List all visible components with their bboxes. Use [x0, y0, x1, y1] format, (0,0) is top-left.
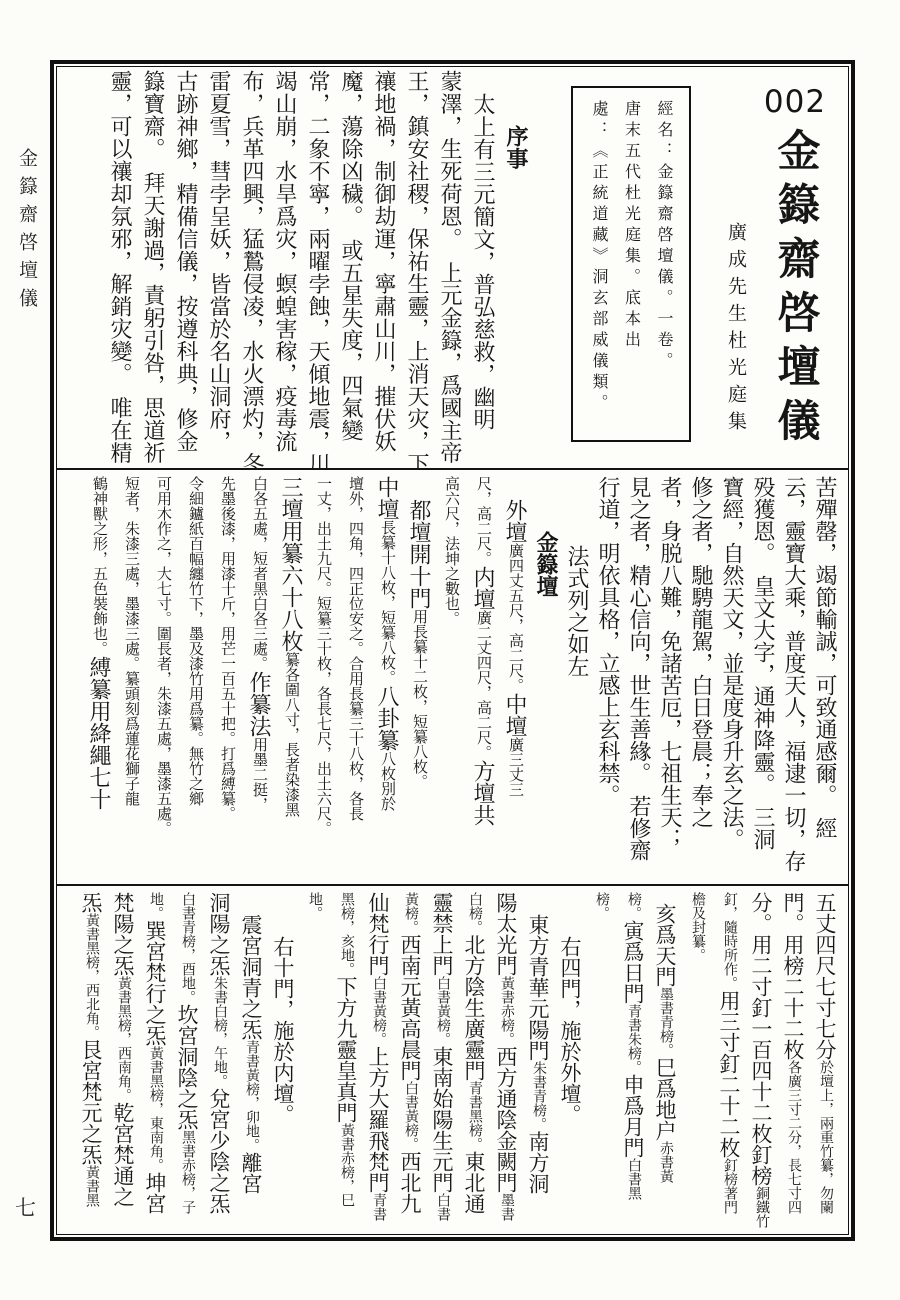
- text-segment: 寅爲日門: [621, 920, 645, 1004]
- text-column: 可用木作之，大七寸。圍長者，朱漆五處，墨漆五處。: [147, 476, 179, 836]
- title-column: 002 金籙齋啓壇儀: [749, 70, 841, 452]
- text-segment: 東南始陽生元門: [430, 1046, 454, 1193]
- annotation-segment: 白書青榜，酉地。: [180, 892, 195, 1004]
- text-segment: 魔，蕩除凶穢。 或五星失度，四氣變: [339, 70, 364, 442]
- annotation-segment: 壇外，四角，四正位安之。合用長纂三十八枚，各長: [347, 476, 363, 821]
- text-segment: 云，靈寶大乘，普度天人，福逮一切，存: [782, 476, 807, 872]
- text-column: 殁獲恩。 皇文大字，通神降靈。 三洞: [748, 476, 779, 850]
- text-segment: 申爲月門: [621, 1074, 645, 1158]
- text-segment: 修之者，馳騁龍駕，白日登晨；奉之: [689, 476, 714, 828]
- annotation-segment: 榜。: [626, 892, 641, 920]
- text-column: 靈禁上門白書黃榜。東南始陽生元門白書: [426, 892, 458, 1221]
- annotation-segment: 各廣三寸二分，長七寸四: [786, 1060, 801, 1214]
- text-segment: 常，二象不寧，兩曜孛蝕，天傾地震，川: [306, 70, 331, 468]
- text-column: 分。用二寸釘一百四十二枚釘榜銅鐵竹: [745, 892, 777, 1228]
- annotation-segment: 赤書黃: [658, 1141, 673, 1183]
- annotation-segment: 黃榜。: [403, 892, 418, 934]
- annotation-segment: 青書朱榜。: [626, 1004, 641, 1074]
- text-segment: 見之者，精心信向，世生善緣。 若修齋: [627, 476, 652, 861]
- preface-text: 序事太上有三元簡文，普弘慈救，幽明蒙澤，生死荷恩。 上元金籙，爲國主帝王，鎮安社…: [104, 70, 533, 466]
- text-segment: 蒙澤，生死荷恩。 上元金籙，爲國主帝: [438, 70, 463, 464]
- text-segment: 殁獲恩。 皇文大字，通神降靈。 三洞: [751, 476, 776, 850]
- text-column: 靈，可以禳却氛邪，解銷灾變。 唯在精: [104, 70, 137, 464]
- text-segment: 中壇: [375, 476, 400, 520]
- annotation-segment: 廣二丈四尺，高二尺。: [475, 610, 491, 760]
- annotation-segment: 一丈，出土九尺。短纂三十枚，各長七尺，出土六尺。: [315, 476, 331, 836]
- text-column: 禳地禍，制御劫運，寧肅山川，摧伏妖: [368, 70, 401, 453]
- text-segment: 炁: [79, 892, 103, 913]
- annotation-segment: 黃書黑榜，西南角。: [116, 976, 131, 1102]
- text-segment: 行道，明依具格，立感上玄科禁。: [596, 476, 621, 806]
- text-column: 見之者，精心信向，世生善緣。 若修齋: [624, 476, 655, 861]
- text-column: 古跡神鄉，精備信儀，按遵科典，修金: [170, 70, 203, 453]
- annotation-segment: 令細鑪紙百幅纏竹下，墨及漆竹用爲纂。無竹之鄉: [187, 476, 203, 806]
- margin-title: 金籙齋啓壇儀: [13, 148, 40, 316]
- annotation-segment: 纂各圍八寸，長者染漆黑: [283, 652, 299, 817]
- text-segment: 者，身脱八難，免諸苦厄，七祖生天；: [658, 476, 683, 850]
- text-segment: 苦殫罄，竭節輸誠，可致通感爾。 經: [813, 476, 838, 839]
- text-segment: 中壇: [503, 693, 528, 737]
- text-column: 云，靈寶大乘，普度天人，福逮一切，存: [779, 476, 810, 872]
- text-segment: 籙寶齋。 拜天謝過，責躬引咎，思道祈: [141, 70, 166, 464]
- text-segment: 亥爲天門: [653, 903, 677, 987]
- annotation-segment: 白書黑: [626, 1158, 641, 1200]
- text-segment: 縛纂用絳繩七十: [87, 656, 112, 810]
- text-segment: 梵陽之炁: [111, 892, 135, 976]
- annotation-segment: 白榜。: [467, 892, 482, 934]
- annotation-segment: 青書黑榜。: [467, 1081, 482, 1151]
- text-segment: 古跡神鄉，精備信儀，按遵科典，修金: [174, 70, 199, 453]
- text-column: 震宮洞青之炁青書黃榜，卯地。離宮: [235, 892, 267, 1194]
- annotation-segment: 八枚別於: [379, 751, 395, 811]
- text-segment: 都壇開十門: [407, 499, 432, 609]
- annotation-segment: 榜。: [594, 892, 609, 920]
- text-column: 經名：金籙齋啓壇儀。一卷。: [648, 100, 679, 428]
- annotation-segment: 黃書黑榜，東南角。: [148, 1046, 163, 1172]
- text-column: 洞陽之炁朱書白榜，午地。兌宮少陰之炁: [203, 892, 235, 1214]
- text-column: 東方青華元陽門朱書青榜。南方洞: [522, 892, 554, 1194]
- annotation-segment: 黃書赤榜，巳: [339, 1123, 354, 1207]
- text-segment: 巽宮梵行之炁: [143, 920, 167, 1046]
- annotation-segment: 黃書黑榜，西北角。: [84, 913, 99, 1039]
- text-column: 者，身脱八難，免諸苦厄，七祖生天；: [655, 476, 686, 850]
- text-segment: 巳爲地户: [653, 1057, 677, 1141]
- text-column: 金籙壇: [531, 476, 562, 597]
- text-column: 令細鑪紙百幅纏竹下，墨及漆竹用爲纂。無竹之鄉: [179, 476, 211, 806]
- text-column: 法式列之如左: [562, 476, 593, 677]
- text-column: 白書青榜，酉地。坎宮洞陰之炁黑書赤榜，子: [171, 892, 203, 1214]
- text-column: 處：《正統道藏》洞玄部威儀類。: [583, 100, 614, 428]
- text-segment: 東北通: [462, 1151, 486, 1214]
- annotation-segment: 白各五處，短者黑白各三處。: [251, 476, 267, 671]
- text-column: 行道，明依具格，立感上玄科禁。: [593, 476, 624, 806]
- text-segment: 洞陽之炁: [207, 892, 231, 976]
- text-segment: 震宮洞青之炁: [239, 914, 263, 1040]
- text-column: 高六尺，法坤之數也。: [435, 476, 467, 626]
- text-column: 炁黃書黑榜，西北角。艮宮梵元之炁黃書黑: [75, 892, 107, 1207]
- text-column: 常，二象不寧，兩曜孛蝕，天傾地震，川: [302, 70, 335, 468]
- text-segment: 禳地禍，制御劫運，寧肅山川，摧伏妖: [372, 70, 397, 453]
- text-column: 仙梵行門白書黃榜。上方大羅飛梵門青書: [362, 892, 394, 1221]
- section-altar: 苦殫罄，竭節輸誠，可致通感爾。 經云，靈寶大乘，普度天人，福逮一切，存殁獲恩。 …: [54, 470, 851, 884]
- text-column: 地。: [298, 892, 330, 920]
- text-column: 梵陽之炁黃書黑榜，西南角。乾宮梵通之: [107, 892, 139, 1207]
- text-segment: 五丈四尺七寸七分: [813, 892, 837, 1060]
- text-segment: 坤宮: [143, 1172, 167, 1214]
- title-block: 002 金籙齋啓壇儀 廣成先生杜光庭集 經名：金籙齋啓壇儀。一卷。唐末五代杜光庭…: [541, 70, 841, 466]
- main-title: 金籙齋啓壇儀: [765, 128, 826, 452]
- annotation-segment: 朱書白榜，午地。: [212, 976, 227, 1088]
- text-column: 一丈，出土九尺。短纂三十枚，各長七尺，出土六尺。: [307, 476, 339, 836]
- annotation-segment: 先墨後漆，用漆十斤，用芒一百五十把。打爲縛纂。: [219, 476, 235, 821]
- text-column: 白榜。北方陰生廣靈門青書黑榜。東北通: [458, 892, 490, 1214]
- text-column: 右十門，施於内壇。: [267, 892, 298, 1125]
- author-line: 廣成先生杜光庭集: [705, 70, 749, 438]
- text-column: 榜。寅爲日門青書朱榜。申爲月門白書黑: [617, 892, 649, 1200]
- annotation-segment: 釘，隨時所作。: [722, 892, 737, 990]
- annotation-segment: 鶴神獸之形，五色裝飾也。: [91, 476, 107, 656]
- text-column: 外壇廣四丈五尺，高二尺。中壇廣三丈三: [499, 476, 531, 797]
- annotation-segment: 黃書赤榜。: [499, 976, 514, 1046]
- annotation-segment: 於壇上，兩重竹纂，勿闌: [818, 1060, 833, 1214]
- text-column: 序事: [500, 70, 533, 170]
- text-segment: 布，兵革四興，猛鷙侵凌，水火漂灼，冬: [240, 70, 265, 468]
- text-segment: 太上有三元簡文，普弘慈救，幽明: [471, 93, 496, 431]
- annotation-segment: 墨書: [499, 1193, 514, 1221]
- text-segment: 離宮: [239, 1152, 263, 1194]
- text-segment: 王，鎮安社稷，保祐生靈，上消天灾，下: [405, 70, 430, 468]
- text-column: 尺，高二尺。内壇廣二丈四尺，高二尺。方壇共: [467, 476, 499, 826]
- text-segment: 用三寸釘二十二枚: [717, 990, 741, 1158]
- text-segment: 靈禁上門: [430, 892, 454, 976]
- text-segment: 右十門，施於内壇。: [271, 936, 295, 1125]
- page-number: 七: [15, 1192, 36, 1222]
- text-segment: 西北九: [398, 1151, 422, 1214]
- section-preface: 002 金籙齋啓壇儀 廣成先生杜光庭集 經名：金籙齋啓壇儀。一卷。唐末五代杜光庭…: [54, 64, 851, 468]
- text-segment: 西方通陰金闕門: [494, 1046, 518, 1193]
- text-segment: 分。用二寸釘一百四十二枚釘榜: [749, 892, 773, 1186]
- annotation-segment: 廣四丈五尺，高二尺。: [507, 543, 523, 693]
- text-column: 先墨後漆，用漆十斤，用芒一百五十把。打爲縛纂。: [211, 476, 243, 821]
- text-segment: 兌宮少陰之炁: [207, 1088, 231, 1214]
- annotation-segment: 青書黃榜，卯地。: [244, 1040, 259, 1152]
- text-column: 三壇用纂六十八枚纂各圍八寸，長者染漆黑: [275, 476, 307, 817]
- text-segment: 外壇: [503, 499, 528, 543]
- annotation-segment: 黑書赤榜，子: [180, 1130, 195, 1214]
- text-column: 亥爲天門墨書青榜。巳爲地户赤書黃: [649, 892, 681, 1183]
- text-segment: 門。用榜二十二枚: [781, 892, 805, 1060]
- text-column: 苦殫罄，竭節輸誠，可致通感爾。 經: [810, 476, 841, 839]
- text-column: 地。巽宮梵行之炁黃書黑榜，東南角。坤宮: [139, 892, 171, 1214]
- text-segment: 三壇用纂六十八枚: [279, 476, 304, 652]
- annotation-segment: 廣三丈三: [507, 737, 523, 797]
- annotation-segment: 黑榜，亥地。: [339, 892, 354, 976]
- annotation-segment: 尺，高二尺。: [475, 476, 491, 566]
- text-segment: 西南元黃高晨門: [398, 934, 422, 1081]
- text-segment: 靈，可以禳却氛邪，解銷灾變。 唯在精: [108, 70, 133, 464]
- text-segment: 八卦纂: [375, 685, 400, 751]
- text-column: 短者，朱漆三處，墨漆三處。纂頭刻爲蓮花獅子龍: [115, 476, 147, 806]
- text-column: 壇外，四角，四正位安之。合用長纂三十八枚，各長: [339, 476, 371, 821]
- text-segment: 法式列之如左: [565, 545, 590, 677]
- annotation-segment: 墨書青榜。: [658, 987, 673, 1057]
- text-segment: 東方青華元陽門: [526, 914, 550, 1061]
- text-column: 門。用榜二十二枚各廣三寸二分，長七寸四: [777, 892, 809, 1214]
- text-column: 布，兵革四興，猛鷙侵凌，水火漂灼，冬: [236, 70, 269, 468]
- altar-text: 苦殫罄，竭節輸誠，可致通感爾。 經云，靈寶大乘，普度天人，福逮一切，存殁獲恩。 …: [83, 476, 841, 882]
- annotation-segment: 地。: [307, 892, 322, 920]
- scanned-page: 金籙齋啓壇儀 七 002 金籙齋啓壇儀 廣成先生杜光庭集 經名：金籙齋啓壇儀。一…: [0, 0, 900, 1300]
- text-column: 陽太光門黃書赤榜。西方通陰金闕門墨書: [490, 892, 522, 1221]
- annotation-segment: 銅鐵竹: [754, 1186, 769, 1228]
- text-column: 榜。: [585, 892, 617, 920]
- annotation-segment: 白書: [435, 1193, 450, 1221]
- text-column: 魔，蕩除凶穢。 或五星失度，四氣變: [335, 70, 368, 442]
- annotation-segment: 高六尺，法坤之數也。: [443, 476, 459, 626]
- text-column: 中壇長纂十八枚，短纂八枚。八卦纂八枚別於: [371, 476, 403, 811]
- annotation-segment: 檐及封纂。: [690, 892, 705, 962]
- annotation-segment: 短者，朱漆三處，墨漆三處。纂頭刻爲蓮花獅子龍: [123, 476, 139, 806]
- heading-segment: 序事: [504, 125, 529, 170]
- annotation-segment: 白書黃榜。: [371, 976, 386, 1046]
- text-segment: 内壇: [471, 566, 496, 610]
- annotation-segment: 長纂十八枚，短纂八枚。: [379, 520, 395, 685]
- text-column: 太上有三元簡文，普弘慈救，幽明: [467, 70, 500, 431]
- text-column: 都壇開十門用長纂十二枚，短纂八枚。: [403, 476, 435, 789]
- text-column: 檐及封纂。: [681, 892, 713, 962]
- text-segment: 竭山崩，水旱爲灾，螟蝗害稼，疫毒流: [273, 70, 298, 453]
- text-segment: 仙梵行門: [366, 892, 390, 976]
- text-segment: 右四門，施於外壇。: [558, 936, 582, 1125]
- text-segment: 方壇共: [471, 760, 496, 826]
- doc-number: 002: [764, 84, 826, 120]
- text-column: 右四門，施於外壇。: [554, 892, 585, 1125]
- text-segment: 陽太光門: [494, 892, 518, 976]
- text-column: 蒙澤，生死荷恩。 上元金籙，爲國主帝: [434, 70, 467, 464]
- annotation-segment: 黃書黑: [84, 1165, 99, 1207]
- page-frame: 002 金籙齋啓壇儀 廣成先生杜光庭集 經名：金籙齋啓壇儀。一卷。唐末五代杜光庭…: [50, 60, 855, 1241]
- text-column: 白各五處，短者黑白各三處。作纂法用墨二挺，: [243, 476, 275, 812]
- text-column: 寶經，自然天文，並是度身升玄之法。: [717, 476, 748, 850]
- annotation-segment: 白書黃榜。: [435, 976, 450, 1046]
- text-column: 修之者，馳騁龍駕，白日登晨；奉之: [686, 476, 717, 828]
- section-gates: 五丈四尺七寸七分於壇上，兩重竹纂，勿闌門。用榜二十二枚各廣三寸二分，長七寸四分。…: [54, 886, 851, 1237]
- gates-text: 五丈四尺七寸七分於壇上，兩重竹纂，勿闌門。用榜二十二枚各廣三寸二分，長七寸四分。…: [75, 892, 841, 1235]
- colophon-box: 經名：金籙齋啓壇儀。一卷。唐末五代杜光庭集。底本出處：《正統道藏》洞玄部威儀類。: [571, 86, 691, 442]
- annotation-segment: 青書: [371, 1193, 386, 1221]
- text-segment: 雷夏雪，彗孛呈妖，皆當於名山洞府，: [207, 70, 232, 453]
- text-column: 唐末五代杜光庭集。底本出: [616, 100, 647, 428]
- text-column: 籙寶齋。 拜天謝過，責躬引咎，思道祈: [137, 70, 170, 464]
- annotation-segment: 朱書青榜。: [531, 1061, 546, 1131]
- text-segment: 作纂法: [247, 671, 272, 737]
- text-column: 五丈四尺七寸七分於壇上，兩重竹纂，勿闌: [809, 892, 841, 1214]
- annotation-segment: 可用木作之，大七寸。圍長者，朱漆五處，墨漆五處。: [155, 476, 171, 836]
- annotation-segment: 白書黃榜。: [403, 1081, 418, 1151]
- text-column: 雷夏雪，彗孛呈妖，皆當於名山洞府，: [203, 70, 236, 453]
- text-segment: 北方陰生廣靈門: [462, 934, 486, 1081]
- text-segment: 艮宮梵元之炁: [79, 1039, 103, 1165]
- heading-segment: 金籙壇: [534, 531, 559, 597]
- annotation-segment: 用墨二挺，: [251, 737, 267, 812]
- text-segment: 南方洞: [526, 1131, 550, 1194]
- text-column: 黃榜。西南元黃高晨門白書黃榜。西北九: [394, 892, 426, 1214]
- text-segment: 寶經，自然天文，並是度身升玄之法。: [720, 476, 745, 850]
- annotation-segment: 釘榜著門: [722, 1158, 737, 1214]
- annotation-segment: 用長纂十二枚，短纂八枚。: [411, 609, 427, 789]
- text-segment: 上方大羅飛梵門: [366, 1046, 390, 1193]
- text-segment: 乾宮梵通之: [111, 1102, 135, 1207]
- text-column: 釘，隨時所作。用三寸釘二十二枚釘榜著門: [713, 892, 745, 1214]
- text-column: 竭山崩，水旱爲灾，螟蝗害稼，疫毒流: [269, 70, 302, 453]
- text-column: 黑榜，亥地。下方九靈皇真門黃書赤榜，巳: [330, 892, 362, 1207]
- text-segment: 坎宮洞陰之炁: [175, 1004, 199, 1130]
- annotation-segment: 地。: [148, 892, 163, 920]
- text-segment: 下方九靈皇真門: [334, 976, 358, 1123]
- text-column: 王，鎮安社稷，保祐生靈，上消天灾，下: [401, 70, 434, 468]
- text-column: 鶴神獸之形，五色裝飾也。縛纂用絳繩七十: [83, 476, 115, 810]
